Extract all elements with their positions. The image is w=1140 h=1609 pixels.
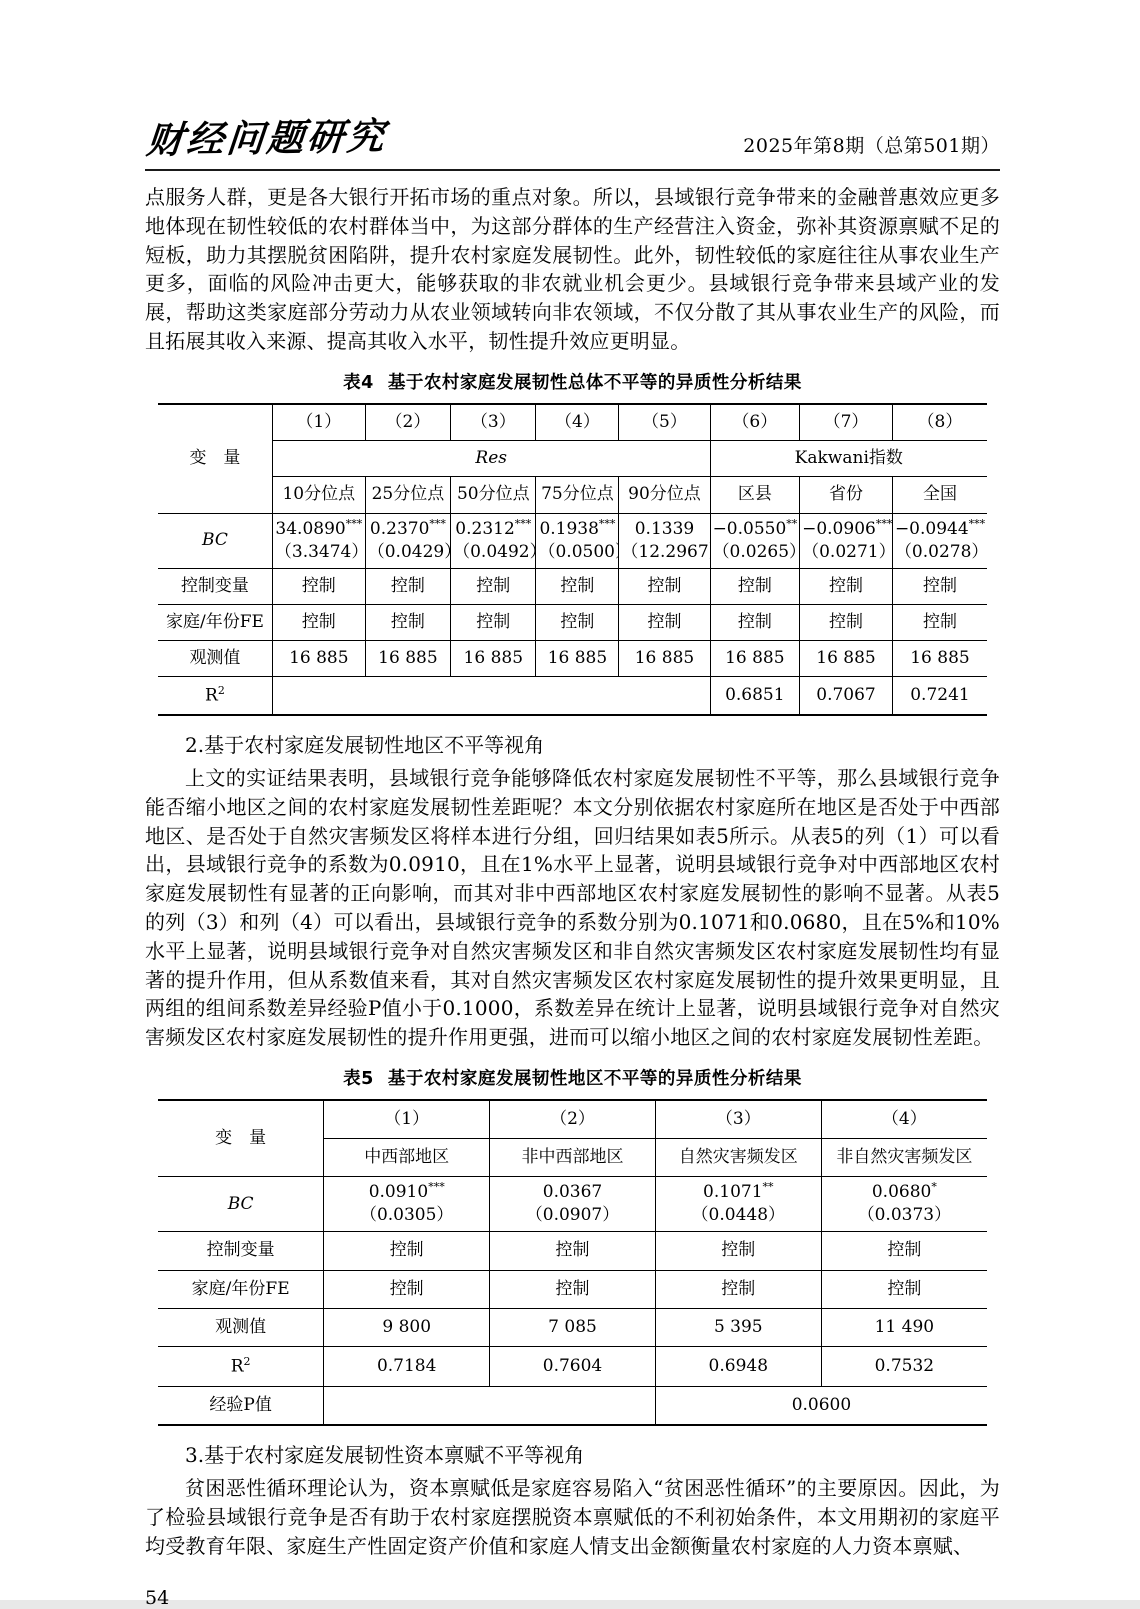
- table4-bc-cell: 34.0890***（3.3474）: [272, 513, 365, 568]
- table4-controls-cell: 控制: [365, 568, 450, 604]
- table4-col-number: （4）: [536, 404, 619, 441]
- table4-header-row-subheaders: 10分位点 25分位点 50分位点 75分位点 90分位点 区县 省份 全国: [158, 477, 987, 513]
- table5-obs-cell: 11 490: [821, 1308, 987, 1346]
- table4-fe-label: 家庭/年份FE: [158, 604, 272, 640]
- table4-bc-cell: 0.1339（12.2967）: [619, 513, 710, 568]
- table4-fe-cell: 控制: [451, 604, 536, 640]
- journal-logo: 财经问题研究: [145, 118, 389, 159]
- table5-pvalue-label: 经验P值: [158, 1387, 324, 1426]
- journal-page: 财经问题研究 2025年第8期（总第501期） 点服务人群，更是各大银行开拓市场…: [0, 0, 1140, 1600]
- table5-obs-cell: 5 395: [655, 1308, 821, 1346]
- issue-info: 2025年第8期（总第501期）: [743, 137, 1000, 159]
- table4-fe-cell: 控制: [892, 604, 987, 640]
- table5-r2-label: R2: [158, 1347, 324, 1387]
- table4-col-number: （3）: [451, 404, 536, 441]
- table5-row-pvalue: 经验P值 0.0600: [158, 1387, 987, 1426]
- table4-row-obs: 观测值 16 885 16 885 16 885 16 885 16 885 1…: [158, 641, 987, 677]
- table4-group-kakwani: Kakwani指数: [710, 441, 987, 477]
- table4-controls-cell: 控制: [710, 568, 800, 604]
- table5-fe-cell: 控制: [821, 1270, 987, 1308]
- table4-bc-cell: 0.1938***（0.0500）: [536, 513, 619, 568]
- page-header: 财经问题研究 2025年第8期（总第501期）: [145, 122, 1000, 171]
- table4-bc-cell: −0.0944***（0.0278）: [892, 513, 987, 568]
- table5-caption-label: 表5: [343, 1069, 374, 1089]
- page-body: 点服务人群，更是各大银行开拓市场的重点对象。所以，县域银行竞争带来的金融普惠效应…: [145, 183, 1000, 1561]
- table4-obs-cell: 16 885: [365, 641, 450, 677]
- table4-subheader: 75分位点: [536, 477, 619, 513]
- table4-row-controls: 控制变量 控制 控制 控制 控制 控制 控制 控制 控制: [158, 568, 987, 604]
- table4-var-header: 变 量: [158, 404, 272, 513]
- table4-controls-cell: 控制: [272, 568, 365, 604]
- table5-r2-cell: 0.6948: [655, 1347, 821, 1387]
- table5-caption: 表5基于农村家庭发展韧性地区不平等的异质性分析结果: [145, 1065, 1000, 1090]
- table4-obs-cell: 16 885: [272, 641, 365, 677]
- table4-header-row-groups: Res Kakwani指数: [158, 441, 987, 477]
- table4-row-r2: R2 0.6851 0.7067 0.7241: [158, 677, 987, 715]
- table4-col-number: （8）: [892, 404, 987, 441]
- table5-controls-cell: 控制: [821, 1232, 987, 1270]
- table4-obs-cell: 16 885: [451, 641, 536, 677]
- table4-controls-cell: 控制: [619, 568, 710, 604]
- table4-fe-cell: 控制: [710, 604, 800, 640]
- table4-controls-label: 控制变量: [158, 568, 272, 604]
- table5-controls-label: 控制变量: [158, 1232, 324, 1270]
- table5-bc-cell: 0.0367（0.0907）: [490, 1177, 656, 1232]
- table5-subheader: 非自然灾害频发区: [821, 1139, 987, 1177]
- table4-subheader: 省份: [800, 477, 893, 513]
- table5-fe-cell: 控制: [324, 1270, 490, 1308]
- table4-fe-cell: 控制: [536, 604, 619, 640]
- table4-fe-cell: 控制: [800, 604, 893, 640]
- table5-r2-cell: 0.7532: [821, 1347, 987, 1387]
- table4-r2-cell: 0.7241: [892, 677, 987, 715]
- table4-r2-blank-cell: [272, 677, 710, 715]
- table4-bc-cell: −0.0906***（0.0271）: [800, 513, 893, 568]
- table5-col-number: （2）: [490, 1100, 656, 1139]
- table4-caption-label: 表4: [343, 373, 374, 393]
- table5-pvalue-blank-cell: [324, 1387, 656, 1426]
- table4-obs-cell: 16 885: [710, 641, 800, 677]
- table4-subheader: 区县: [710, 477, 800, 513]
- table4-obs-cell: 16 885: [800, 641, 893, 677]
- table4-controls-cell: 控制: [892, 568, 987, 604]
- table4: 变 量 （1） （2） （3） （4） （5） （6） （7） （8） Res …: [158, 403, 987, 716]
- table4-subheader: 10分位点: [272, 477, 365, 513]
- table5-row-bc: BC 0.0910***（0.0305） 0.0367（0.0907） 0.10…: [158, 1177, 987, 1232]
- table4-fe-cell: 控制: [619, 604, 710, 640]
- table5-bc-cell: 0.1071**（0.0448）: [655, 1177, 821, 1232]
- table4-row-bc: BC 34.0890***（3.3474） 0.2370***（0.0429） …: [158, 513, 987, 568]
- table4-bc-cell: 0.2370***（0.0429）: [365, 513, 450, 568]
- table5-col-number: （1）: [324, 1100, 490, 1139]
- table4-col-number: （7）: [800, 404, 893, 441]
- table5-row-obs: 观测值 9 800 7 085 5 395 11 490: [158, 1308, 987, 1346]
- table5-fe-cell: 控制: [655, 1270, 821, 1308]
- table4-row-fe: 家庭/年份FE 控制 控制 控制 控制 控制 控制 控制 控制: [158, 604, 987, 640]
- table4-bc-cell: 0.2312***（0.0492）: [451, 513, 536, 568]
- table5-r2-cell: 0.7604: [490, 1347, 656, 1387]
- table4-r2-label: R2: [158, 677, 272, 715]
- section2-heading: 2.基于农村家庭发展韧性地区不平等视角: [145, 731, 1000, 760]
- table4-col-number: （5）: [619, 404, 710, 441]
- table5-controls-cell: 控制: [655, 1232, 821, 1270]
- table5-bc-label: BC: [158, 1177, 324, 1232]
- table5-row-r2: R2 0.7184 0.7604 0.6948 0.7532: [158, 1347, 987, 1387]
- table4-controls-cell: 控制: [451, 568, 536, 604]
- table4-controls-cell: 控制: [536, 568, 619, 604]
- table5-r2-cell: 0.7184: [324, 1347, 490, 1387]
- table5-pvalue-cell: 0.0600: [655, 1387, 987, 1426]
- table4-caption: 表4基于农村家庭发展韧性总体不平等的异质性分析结果: [145, 369, 1000, 394]
- table5-row-controls: 控制变量 控制 控制 控制 控制: [158, 1232, 987, 1270]
- table4-obs-cell: 16 885: [619, 641, 710, 677]
- section3-heading: 3.基于农村家庭发展韧性资本禀赋不平等视角: [145, 1441, 1000, 1470]
- table5-obs-cell: 7 085: [490, 1308, 656, 1346]
- table4-group-res: Res: [272, 441, 710, 477]
- table4-r2-cell: 0.7067: [800, 677, 893, 715]
- table5-header-row-numbers: 变 量 （1） （2） （3） （4）: [158, 1100, 987, 1139]
- table4-bc-cell: −0.0550**（0.0265）: [710, 513, 800, 568]
- table5-row-fe: 家庭/年份FE 控制 控制 控制 控制: [158, 1270, 987, 1308]
- table5-bc-cell: 0.0910***（0.0305）: [324, 1177, 490, 1232]
- table5-caption-title: 基于农村家庭发展韧性地区不平等的异质性分析结果: [388, 1069, 802, 1089]
- table5-col-number: （3）: [655, 1100, 821, 1139]
- table5-col-number: （4）: [821, 1100, 987, 1139]
- table4-caption-title: 基于农村家庭发展韧性总体不平等的异质性分析结果: [388, 373, 802, 393]
- table4-obs-label: 观测值: [158, 641, 272, 677]
- table5: 变 量 （1） （2） （3） （4） 中西部地区 非中西部地区 自然灾害频发区…: [158, 1099, 987, 1426]
- table5-fe-label: 家庭/年份FE: [158, 1270, 324, 1308]
- table4-col-number: （2）: [365, 404, 450, 441]
- table4-bc-label: BC: [158, 513, 272, 568]
- table4-header-row-numbers: 变 量 （1） （2） （3） （4） （5） （6） （7） （8）: [158, 404, 987, 441]
- table4-controls-cell: 控制: [800, 568, 893, 604]
- paragraph-1: 点服务人群，更是各大银行开拓市场的重点对象。所以，县域银行竞争带来的金融普惠效应…: [145, 183, 1000, 356]
- paragraph-3: 贫困恶性循环理论认为，资本禀赋低是家庭容易陷入“贫困恶性循环”的主要原因。因此，…: [145, 1474, 1000, 1560]
- table4-subheader: 50分位点: [451, 477, 536, 513]
- table4-obs-cell: 16 885: [536, 641, 619, 677]
- table5-controls-cell: 控制: [324, 1232, 490, 1270]
- table5-var-header: 变 量: [158, 1100, 324, 1177]
- page-footer: 54: [145, 1587, 1000, 1609]
- table5-bc-cell: 0.0680*（0.0373）: [821, 1177, 987, 1232]
- table5-subheader: 非中西部地区: [490, 1139, 656, 1177]
- table5-fe-cell: 控制: [490, 1270, 656, 1308]
- table4-subheader: 全国: [892, 477, 987, 513]
- table5-subheader: 自然灾害频发区: [655, 1139, 821, 1177]
- table4-col-number: （6）: [710, 404, 800, 441]
- table4-subheader: 90分位点: [619, 477, 710, 513]
- table4-r2-cell: 0.6851: [710, 677, 800, 715]
- page-number: 54: [145, 1587, 1000, 1609]
- table4-subheader: 25分位点: [365, 477, 450, 513]
- table5-obs-label: 观测值: [158, 1308, 324, 1346]
- paragraph-2: 上文的实证结果表明，县域银行竞争能够降低农村家庭发展韧性不平等，那么县域银行竞争…: [145, 764, 1000, 1052]
- table4-fe-cell: 控制: [272, 604, 365, 640]
- table4-col-number: （1）: [272, 404, 365, 441]
- table4-fe-cell: 控制: [365, 604, 450, 640]
- table5-obs-cell: 9 800: [324, 1308, 490, 1346]
- table5-subheader: 中西部地区: [324, 1139, 490, 1177]
- table4-obs-cell: 16 885: [892, 641, 987, 677]
- table5-controls-cell: 控制: [490, 1232, 656, 1270]
